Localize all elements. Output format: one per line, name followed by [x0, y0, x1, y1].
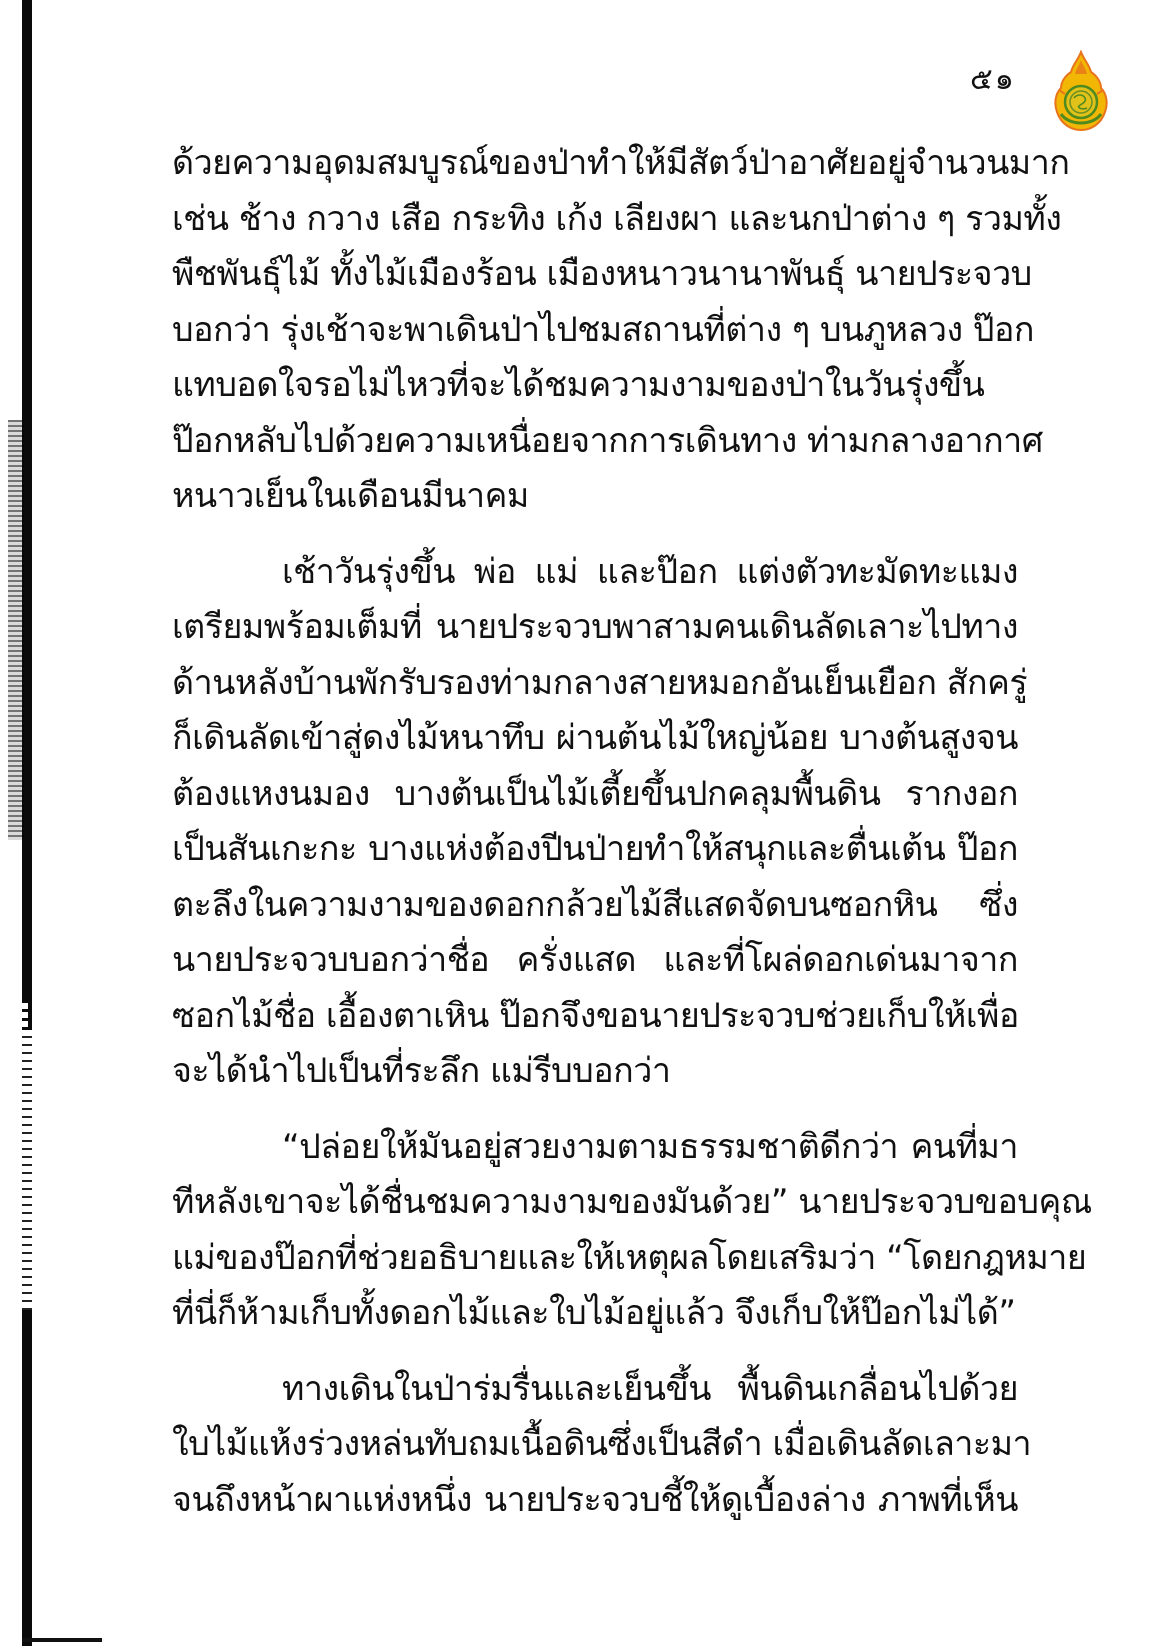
paragraph: “ปล่อยให้มันอยู่สวยงามตามธรรมชาติดีกว่า …	[172, 1120, 1018, 1342]
page-number: ๕๑	[970, 56, 1016, 103]
text-line: ป๊อกหลับไปด้วยความเหนื่อยจากการเดินทาง ท…	[172, 414, 1018, 470]
text-line: “ปล่อยให้มันอยู่สวยงามตามธรรมชาติดีกว่า …	[172, 1120, 1018, 1176]
text-line: พืชพันธุ์ไม้ ทั้งไม้เมืองร้อน เมืองหนาวน…	[172, 247, 1018, 303]
text-line: บอกว่า รุ่งเช้าจะพาเดินป่าไปชมสถานที่ต่า…	[172, 303, 1018, 359]
paragraph: เช้าวันรุ่งขึ้น พ่อ แม่ และป๊อก แต่งตัวท…	[172, 545, 1018, 1100]
text-line: แม่ของป๊อกที่ช่วยอธิบายและให้เหตุผลโดยเส…	[172, 1231, 1018, 1287]
ministry-emblem-icon	[1053, 50, 1109, 134]
text-line: เช่น ช้าง กวาง เสือ กระทิง เก้ง เลียงผา …	[172, 192, 1018, 248]
text-line: ต้องแหงนมอง บางต้นเป็นไม้เตี้ยขึ้นปกคลุม…	[172, 767, 1018, 823]
text-line: นายประจวบบอกว่าชื่อ ครั่งแสด และที่โผล่ด…	[172, 933, 1018, 989]
text-line: จะได้นำไปเป็นที่ระลึก แม่รีบบอกว่า	[172, 1044, 1018, 1100]
text-line: ก็เดินลัดเข้าสู่ดงไม้หนาทึบ ผ่านต้นไม้ให…	[172, 711, 1018, 767]
text-line: ซอกไม้ชื่อ เอื้องตาเหิน ป๊อกจึงขอนายประจ…	[172, 989, 1018, 1045]
text-line: ตะลึงในความงามของดอกกล้วยไม้สีแสดจัดบนซอ…	[172, 878, 1018, 934]
text-line: หนาวเย็นในเดือนมีนาคม	[172, 469, 1018, 525]
text-line: แทบอดใจรอไม่ไหวที่จะได้ชมความงามของป่าใน…	[172, 358, 1018, 414]
paragraph: ด้วยความอุดมสมบูรณ์ของป่าทำให้มีสัตว์ป่า…	[172, 136, 1018, 525]
text-line: ทีหลังเขาจะได้ชื่นชมความงามของมันด้วย” น…	[172, 1175, 1018, 1231]
page-corner-shadow	[22, 1638, 102, 1642]
binding-shadow-gap	[22, 1030, 32, 1310]
text-line: ใบไม้แห้งร่วงหล่นทับถมเนื้อดินซึ่งเป็นสี…	[172, 1417, 1018, 1473]
text-line: ทางเดินในป่าร่มรื่นและเย็นขึ้น พื้นดินเก…	[172, 1362, 1018, 1418]
text-line: ด้านหลังบ้านพักรับรองท่ามกลางสายหมอกอันเ…	[172, 656, 1018, 712]
text-line: จนถึงหน้าผาแห่งหนึ่ง นายประจวบชี้ให้ดูเบ…	[172, 1473, 1018, 1529]
body-text: ด้วยความอุดมสมบูรณ์ของป่าทำให้มีสัตว์ป่า…	[172, 136, 1018, 1548]
binding-shadow	[22, 0, 32, 1646]
text-line: เช้าวันรุ่งขึ้น พ่อ แม่ และป๊อก แต่งตัวท…	[172, 545, 1018, 601]
text-line: ด้วยความอุดมสมบูรณ์ของป่าทำให้มีสัตว์ป่า…	[172, 136, 1018, 192]
text-line: ที่นี่ก็ห้ามเก็บทั้งดอกไม้และใบไม้อยู่แล…	[172, 1286, 1018, 1342]
paragraph: ทางเดินในป่าร่มรื่นและเย็นขึ้น พื้นดินเก…	[172, 1362, 1018, 1529]
text-line: เตรียมพร้อมเต็มที่ นายประจวบพาสามคนเดินล…	[172, 600, 1018, 656]
text-line: เป็นสันเกะกะ บางแห่งต้องปีนป่ายทำให้สนุก…	[172, 822, 1018, 878]
